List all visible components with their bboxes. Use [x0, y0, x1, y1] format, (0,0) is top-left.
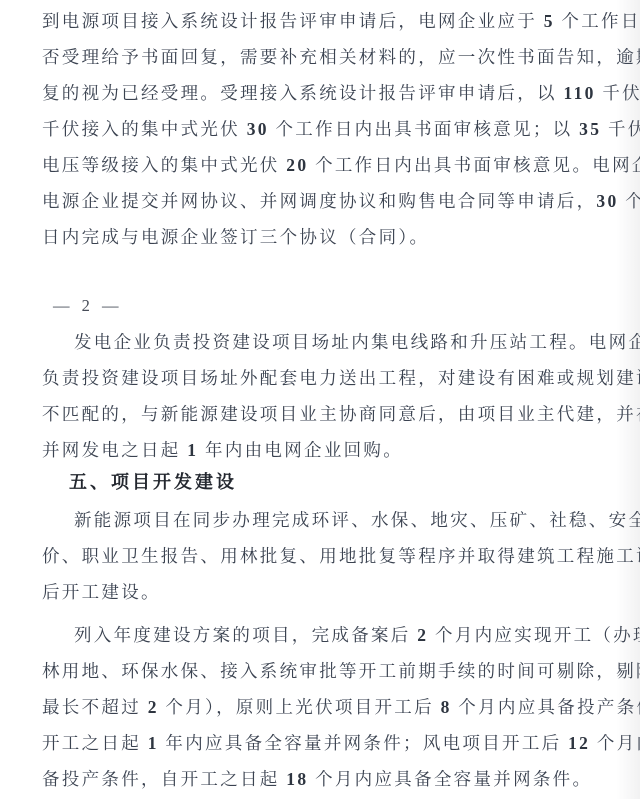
text-line: 列入年度建设方案的项目，完成备案后 2 个月内应实现开工（办理用: [0, 617, 640, 653]
paragraph-project-procedures: 新能源项目在同步办理完成环评、水保、地灾、压矿、社稳、安全评 价、职业卫生报告、…: [0, 502, 640, 610]
text-line: 复的视为已经受理。受理接入系统设计报告评审申请后，以 110 千伏—220: [0, 75, 640, 111]
paragraph-annual-plan-deadlines: 列入年度建设方案的项目，完成备案后 2 个月内应实现开工（办理用 林用地、环保水…: [0, 617, 640, 797]
text-line: 到电源项目接入系统设计报告评审申请后，电网企业应于 5 个工作日内对是: [0, 3, 640, 39]
text-line: 日内完成与电源企业签订三个协议（合同）。: [0, 219, 640, 255]
text-line: 新能源项目在同步办理完成环评、水保、地灾、压矿、社稳、安全评: [0, 502, 640, 538]
text-line: 后开工建设。: [0, 574, 640, 610]
text-line: 最长不超过 2 个月），原则上光伏项目开工后 8 个月内应具备投产条件，自: [0, 689, 640, 725]
text-line: 电源企业提交并网协议、并网调度协议和购售电合同等申请后，30 个工作: [0, 183, 640, 219]
document-page: 到电源项目接入系统设计报告评审申请后，电网企业应于 5 个工作日内对是 否受理给…: [0, 0, 640, 799]
text-line: 发电企业负责投资建设项目场址内集电线路和升压站工程。电网企业: [0, 324, 640, 360]
paragraph-construction-responsibility: 发电企业负责投资建设项目场址内集电线路和升压站工程。电网企业 负责投资建设项目场…: [0, 324, 640, 468]
text-line: 负责投资建设项目场址外配套电力送出工程，对建设有困难或规划建设时序: [0, 360, 640, 396]
text-line: 开工之日起 1 年内应具备全容量并网条件；风电项目开工后 12 个月内应具: [0, 725, 640, 761]
text-line: 林用地、环保水保、接入系统审批等开工前期手续的时间可剔除，剔除时间: [0, 653, 640, 689]
text-line: 电压等级接入的集中式光伏 20 个工作日内出具书面审核意见。电网企业在: [0, 147, 640, 183]
text-line: 并网发电之日起 1 年内由电网企业回购。: [0, 432, 640, 468]
text-line: 价、职业卫生报告、用林批复、用地批复等程序并取得建筑工程施工许可证: [0, 538, 640, 574]
text-line: 备投产条件，自开工之日起 18 个月内应具备全容量并网条件。: [0, 761, 640, 797]
text-line: 不匹配的，与新能源建设项目业主协商同意后，由项目业主代建，并在电站: [0, 396, 640, 432]
text-line: 否受理给予书面回复，需要补充相关材料的，应一次性书面告知，逾期不回: [0, 39, 640, 75]
page-number: — 2 —: [0, 288, 640, 324]
paragraph-grid-review: 到电源项目接入系统设计报告评审申请后，电网企业应于 5 个工作日内对是 否受理给…: [0, 0, 640, 255]
document-body: 到电源项目接入系统设计报告评审申请后，电网企业应于 5 个工作日内对是 否受理给…: [0, 0, 640, 799]
section-heading: 五、项目开发建设: [0, 464, 640, 500]
text-line: 千伏接入的集中式光伏 30 个工作日内出具书面审核意见；以 35 千伏及以下: [0, 111, 640, 147]
